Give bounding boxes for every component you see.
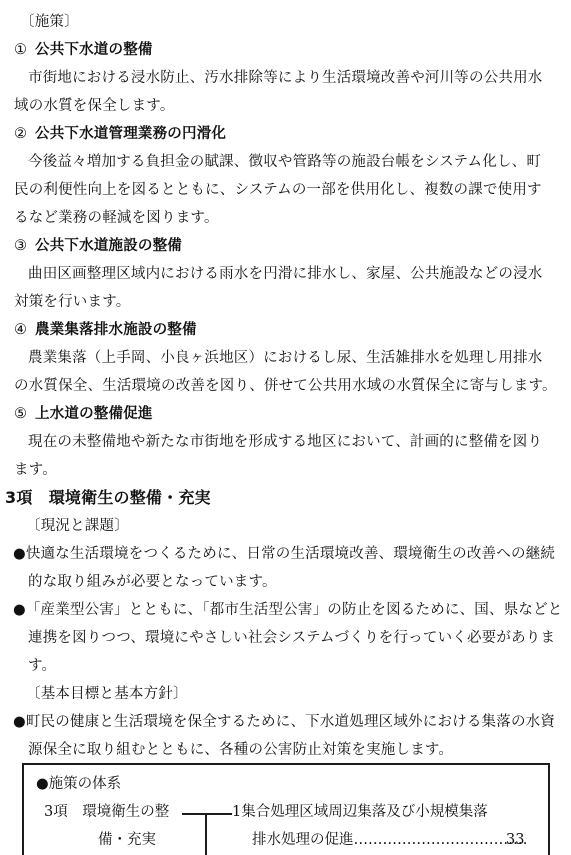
diagram-page-number: 33 bbox=[506, 826, 524, 854]
paragraph-line: 現在の未整備地や新たな市街地を形成する地区において、計画的に整備を図り bbox=[0, 428, 571, 456]
bullet-paragraph-line: ●快適な生活環境をつくるために、日常の生活環境改善、環境衛生の改善への継続 bbox=[0, 540, 571, 568]
paragraph-line: 連携を図りつつ、環境にやさしい社会システムづくりを行っていく必要がありま bbox=[0, 624, 571, 652]
diagram-box-title: ●施策の体系 bbox=[24, 770, 548, 798]
diagram-node-label-line1: 3項 環境衛生の整 bbox=[44, 798, 169, 826]
diagram-row-1: 3項 環境衛生の整 1集合処理区域周辺集落及び小規模集落 bbox=[24, 798, 548, 826]
diagram-child-label-line2: 排水処理の促進……………………………… bbox=[252, 826, 528, 854]
item-number-badge-1: ① bbox=[14, 36, 35, 64]
item-number-badge-5: ⑤ bbox=[14, 400, 35, 428]
numbered-item-title-1: ①公共下水道の整備 bbox=[0, 36, 571, 64]
diagram-row-2: 備・充実 排水処理の促進……………………………… 33 bbox=[24, 826, 548, 854]
tree-connector-vertical-line bbox=[205, 813, 207, 855]
numbered-item-title-5: ⑤上水道の整備促進 bbox=[0, 400, 571, 428]
section-heading-3ko: 3項 環境衛生の整備・充実 bbox=[0, 484, 571, 512]
document-text-flow: 〔施策〕 ①公共下水道の整備 市街地における浸水防止、汚水排除等により生活環境改… bbox=[0, 8, 571, 764]
paragraph-line: 源保全に取り組むとともに、各種の公害防止対策を実施します。 bbox=[0, 736, 571, 764]
numbered-item-title-4: ④農業集落排水施設の整備 bbox=[0, 316, 571, 344]
item-title-text-4: 農業集落排水施設の整備 bbox=[35, 321, 197, 338]
numbered-item-title-3: ③公共下水道施設の整備 bbox=[0, 232, 571, 260]
paragraph-line: 的な取り組みが必要となっています。 bbox=[0, 568, 571, 596]
paragraph-line: ます。 bbox=[0, 456, 571, 484]
policy-system-diagram-box: ●施策の体系 3項 環境衛生の整 1集合処理区域周辺集落及び小規模集落 備・充実… bbox=[22, 763, 550, 855]
diagram-node-label-line2: 備・充実 bbox=[98, 826, 156, 854]
paragraph-line: 市街地における浸水防止、汚水排除等により生活環境改善や河川等の公共用水 bbox=[0, 64, 571, 92]
bracket-header-policies: 〔施策〕 bbox=[0, 8, 571, 36]
paragraph-line: 域の水質を保全します。 bbox=[0, 92, 571, 120]
item-number-badge-2: ② bbox=[14, 120, 35, 148]
item-title-text-1: 公共下水道の整備 bbox=[35, 41, 153, 58]
document-page: 〔施策〕 ①公共下水道の整備 市街地における浸水防止、汚水排除等により生活環境改… bbox=[0, 0, 571, 855]
paragraph-line: 民の利便性向上を図るとともに、システムの一部を供用化し、複数の課で使用す bbox=[0, 176, 571, 204]
paragraph-line: 農業集落（上手岡、小良ヶ浜地区）におけるし尿、生活雑排水を処理し用排水 bbox=[0, 344, 571, 372]
paragraph-line: るなど業務の軽減を図ります。 bbox=[0, 204, 571, 232]
paragraph-line: 曲田区画整理区域内における雨水を円滑に排水し、家屋、公共施設などの浸水 bbox=[0, 260, 571, 288]
bullet-paragraph-line: ●町民の健康と生活環境を保全するために、下水道処理区域外における集落の水資 bbox=[0, 708, 571, 736]
item-title-text-3: 公共下水道施設の整備 bbox=[35, 237, 182, 254]
diagram-child-label-line1: 1集合処理区域周辺集落及び小規模集落 bbox=[232, 798, 488, 826]
paragraph-line: す。 bbox=[0, 652, 571, 680]
item-number-badge-4: ④ bbox=[14, 316, 35, 344]
paragraph-line: の水質保全、生活環境の改善を図り、併せて公共用水域の水質保全に寄与します。 bbox=[0, 372, 571, 400]
tree-connector-horizontal-line bbox=[182, 813, 232, 815]
paragraph-line: 対策を行います。 bbox=[0, 288, 571, 316]
paragraph-line: 今後益々増加する負担金の賦課、徴収や管路等の施設台帳をシステム化し、町 bbox=[0, 148, 571, 176]
bullet-paragraph-line: ●「産業型公害」とともに、「都市生活型公害」の防止を図るために、国、県などと bbox=[0, 596, 571, 624]
item-number-badge-3: ③ bbox=[14, 232, 35, 260]
item-title-text-2: 公共下水道管理業務の円滑化 bbox=[35, 125, 226, 142]
bracket-header-current-issues: 〔現況と課題〕 bbox=[0, 512, 571, 540]
item-title-text-5: 上水道の整備促進 bbox=[35, 405, 153, 422]
numbered-item-title-2: ②公共下水道管理業務の円滑化 bbox=[0, 120, 571, 148]
bracket-header-goals-policies: 〔基本目標と基本方針〕 bbox=[0, 680, 571, 708]
